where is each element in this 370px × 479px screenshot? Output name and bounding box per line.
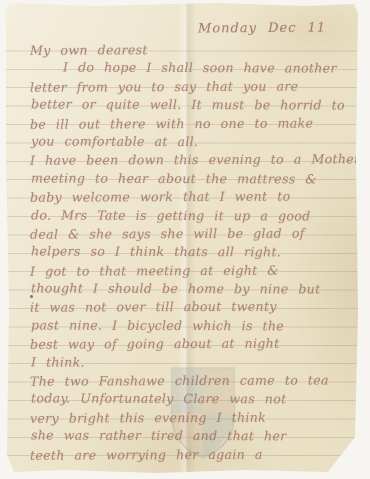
letter-paper: Monday Dec 11 My own dearest I do hope I… — [6, 3, 358, 473]
letter-line: meeting to hear about the mattress & — [31, 169, 361, 189]
letter-line: she was rather tired and that her — [31, 427, 361, 447]
letter-line: I think. — [31, 353, 361, 373]
letter-line: thought I should be home by nine but — [31, 280, 361, 300]
salutation-line: My own dearest — [30, 40, 360, 60]
letter-line: very bright this evening I think — [30, 408, 360, 428]
letter-line: you comfortable at all. — [31, 132, 361, 152]
letter-line: it was not over till about twenty — [30, 298, 360, 318]
date-line: Monday Dec 11 — [198, 21, 326, 37]
letter-body: My own dearest I do hope I shall soon ha… — [30, 41, 360, 464]
letter-line: today. Unfortunately Clare was not — [31, 390, 361, 410]
letter-line: helpers so I think thats all right. — [31, 243, 361, 263]
letter-line: best way of going about at night — [30, 335, 360, 355]
letter-line: better or quite well. It must be horrid … — [31, 96, 361, 116]
letter-line: do. Mrs Tate is getting it up a good — [31, 206, 361, 226]
letter-line: I got to that meeting at eight & — [30, 261, 360, 281]
letter-line: teeth are worrying her again a — [30, 445, 360, 465]
letter-line: baby welcome work that I went to — [30, 187, 360, 207]
letter-line: The two Fanshawe children came to tea — [30, 371, 360, 391]
letter-line: be ill out there with no one to make — [30, 114, 360, 134]
letter-line: past nine. I bicycled which is the — [31, 316, 361, 336]
letter-line: I do hope I shall soon have another — [31, 59, 361, 79]
letter-line: letter from you to say that you are — [30, 77, 360, 97]
letter-line: deal & she says she will be glad of — [30, 224, 360, 244]
letter-line: I have been down this evening to a Mothe… — [30, 151, 360, 171]
